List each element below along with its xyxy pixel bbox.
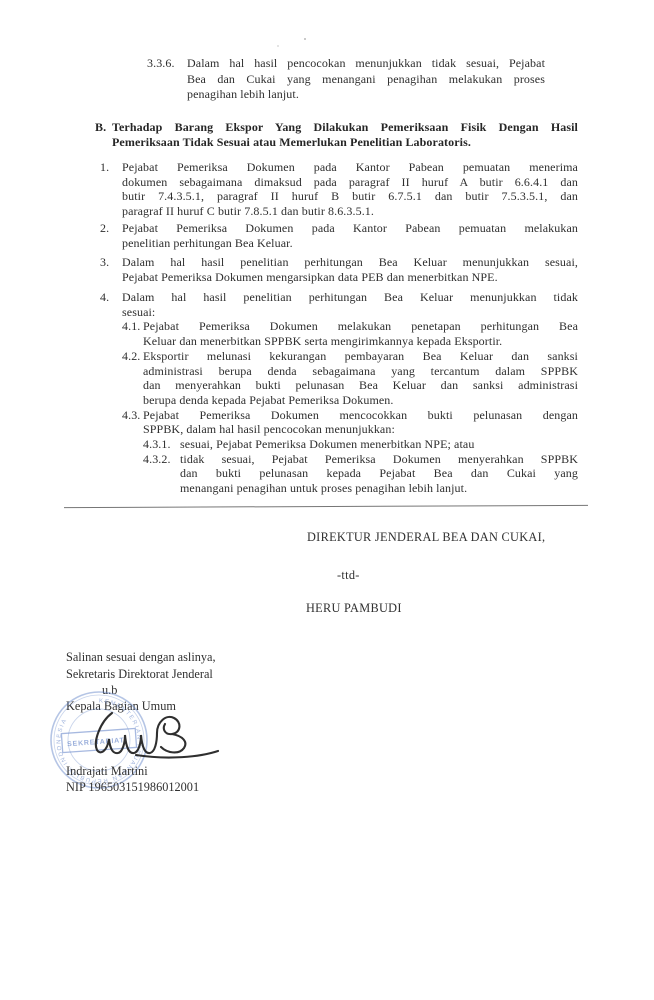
list-item-3-number: 3.: [100, 255, 122, 270]
sub-item-4-2-number: 4.2.: [122, 349, 143, 364]
clause-3-3-6-number: 3.3.6.: [147, 56, 187, 72]
list-item-4-text: Dalam hal hasil penelitian perhitungan B…: [122, 290, 578, 319]
signatory-ttd: -ttd-: [337, 568, 360, 583]
attestation-name: Indrajati Martini: [66, 764, 148, 779]
clause-3-3-6-text: Dalam hal hasil pencocokan menunjukkan t…: [187, 56, 545, 103]
handwritten-signature: [82, 706, 234, 762]
list-item-3: 3. Dalam hal hasil penelitian perhitunga…: [100, 255, 578, 284]
sub-item-4-3-2: 4.3.2. tidak sesuai, Pejabat Pemeriksa D…: [143, 452, 578, 496]
signature-graphic: [82, 706, 234, 762]
sub-item-4-3: 4.3. Pejabat Pemeriksa Dokumen mencocokk…: [122, 408, 578, 496]
attestation-line-1: Salinan sesuai dengan aslinya,: [66, 650, 216, 665]
signatory-title: DIREKTUR JENDERAL BEA DAN CUKAI,: [307, 530, 545, 545]
scan-speck: [277, 45, 279, 47]
sub-item-4-3-1-text: sesuai, Pejabat Pemeriksa Dokumen menerb…: [180, 437, 578, 452]
sub-item-4-1-number: 4.1.: [122, 319, 143, 334]
list-item-1-number: 1.: [100, 160, 122, 175]
scanned-document-page: { "document": { "para_336": { "label": "…: [0, 0, 654, 1000]
section-b-title: Terhadap Barang Ekspor Yang Dilakukan Pe…: [112, 120, 578, 150]
scan-artifact-line: [64, 505, 588, 509]
attestation-line-2: Sekretaris Direktorat Jenderal: [66, 667, 213, 682]
list-item-4-body: Dalam hal hasil penelitian perhitungan B…: [122, 290, 578, 496]
clause-3-3-6: 3.3.6. Dalam hal hasil pencocokan menunj…: [147, 56, 545, 103]
attestation-nip: NIP 196503151986012001: [66, 780, 199, 795]
list-item-1-text: Pejabat Pemeriksa Dokumen pada Kantor Pa…: [122, 160, 578, 219]
sub-item-4-2: 4.2. Eksportir melunasi kekurangan pemba…: [122, 349, 578, 408]
section-b-heading: B. Terhadap Barang Ekspor Yang Dilakukan…: [95, 120, 578, 150]
scan-speck: [304, 38, 306, 40]
list-item-1: 1. Pejabat Pemeriksa Dokumen pada Kantor…: [100, 160, 578, 219]
sub-item-4-3-1-number: 4.3.1.: [143, 437, 180, 452]
list-item-2-text: Pejabat Pemeriksa Dokumen pada Kantor Pa…: [122, 221, 578, 250]
sub-item-4-3-text: Pejabat Pemeriksa Dokumen mencocokkan bu…: [143, 408, 578, 437]
sub-item-4-1: 4.1. Pejabat Pemeriksa Dokumen melakukan…: [122, 319, 578, 348]
list-item-2-number: 2.: [100, 221, 122, 236]
list-item-2: 2. Pejabat Pemeriksa Dokumen pada Kantor…: [100, 221, 578, 250]
list-item-4: 4. Dalam hal hasil penelitian perhitunga…: [100, 290, 578, 496]
list-item-3-text: Dalam hal hasil penelitian perhitungan B…: [122, 255, 578, 284]
signatory-name: HERU PAMBUDI: [306, 601, 402, 616]
sub-item-4-1-text: Pejabat Pemeriksa Dokumen melakukan pene…: [143, 319, 578, 348]
sub-item-4-3-2-text: tidak sesuai, Pejabat Pemeriksa Dokumen …: [180, 452, 578, 496]
sub-item-4-3-1: 4.3.1. sesuai, Pejabat Pemeriksa Dokumen…: [143, 437, 578, 452]
sub-item-4-2-text: Eksportir melunasi kekurangan pembayaran…: [143, 349, 578, 408]
sub-item-4-3-body: Pejabat Pemeriksa Dokumen mencocokkan bu…: [143, 408, 578, 496]
sub-item-4-3-number: 4.3.: [122, 408, 143, 423]
sub-item-4-3-2-number: 4.3.2.: [143, 452, 180, 467]
list-item-4-number: 4.: [100, 290, 122, 305]
section-b-letter: B.: [95, 120, 112, 135]
